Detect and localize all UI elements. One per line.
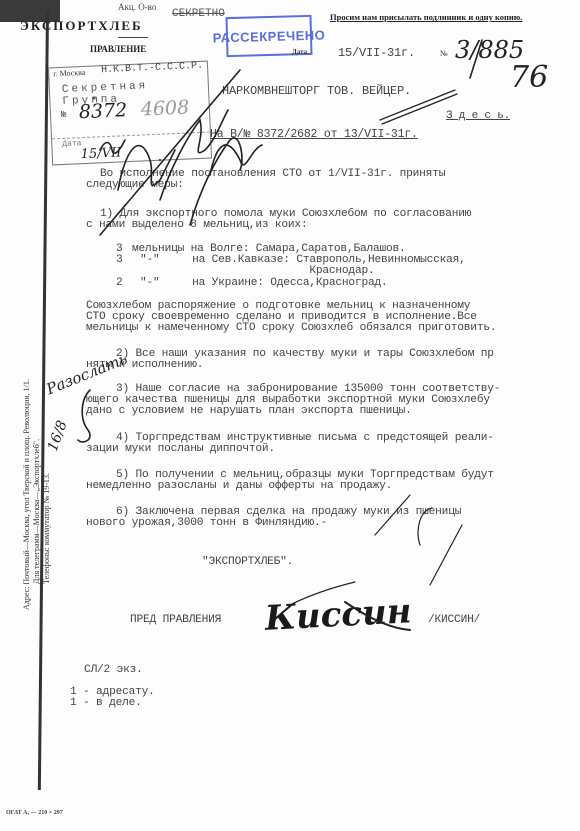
date-value: 15/VII-31г. xyxy=(338,46,415,60)
recipient: НАРКОМВНЕШТОРГ ТОВ. ВЕЙЦЕР. xyxy=(222,84,411,98)
address-line-1: Почтовый—Москва, угол Тверской и площ. Р… xyxy=(22,379,31,585)
item1-line-2: с нами выделено 8 мельниц,из коих: xyxy=(86,219,307,231)
item4-line-2: зации муки посланы диппочтой. xyxy=(86,443,275,455)
stamp-date: 15/VII xyxy=(80,145,121,162)
company-type: Акц. О-во xyxy=(118,2,156,12)
stamp-org: Н.К.В.Т.-С.С.С.Р. xyxy=(101,61,203,76)
company-name: ЭКСПОРТХЛЕБ xyxy=(20,18,143,34)
address-line-3: Телефоны: коммутатор № 19-13. xyxy=(42,550,52,610)
recipient-location: З д е с ь. xyxy=(446,110,510,122)
incoming-stamp: г. Москва Н.К.В.Т.-С.С.С.Р. Секретная Гр… xyxy=(48,61,212,166)
intro-line-2: следующие меры: xyxy=(86,179,184,191)
item6-line-2: нового урожая,3000 тонн в Финляндию.- xyxy=(86,517,327,529)
reference: На В/№ 8372/2682 от 13/VII-31г. xyxy=(210,128,418,141)
stamp-date-label: Дата xyxy=(62,139,82,149)
number-label: № xyxy=(440,49,448,58)
closing-org: "ЭКСПОРТХЛЕБ". xyxy=(202,556,293,568)
stamp-number-extra: 4608 xyxy=(140,96,189,120)
signatory-name: /КИССИН/ xyxy=(428,614,480,626)
stamp-number: 8372 xyxy=(78,99,127,123)
address-line-2: Для телеграмм—Москва—„Экспортхлеб". xyxy=(32,550,42,610)
stamp-number-label: № xyxy=(61,110,67,120)
copy-line-2: 1 - в деле. xyxy=(70,697,142,709)
item3-line-3: дано с условием не нарушать план экспорт… xyxy=(86,405,412,417)
mill-line-3: Краснодар. xyxy=(140,265,375,277)
signature: Киссин xyxy=(264,591,412,639)
board-label: ПРАВЛЕНИЕ xyxy=(90,44,146,54)
handwritten-number: 76 xyxy=(510,60,548,95)
item1-cont-3: мельницы к намеченному СТО сроку Союзхле… xyxy=(86,322,496,334)
mill-line-4: "-" на Украине: Одесса,Красноград. xyxy=(140,277,388,289)
address-label: Адрес: xyxy=(22,587,31,610)
mill-count-2: 3 xyxy=(116,254,123,266)
date-label: Дата xyxy=(292,48,307,56)
item5-line-2: немедленно разосланы и даны офферты на п… xyxy=(86,480,392,492)
divider xyxy=(118,37,148,38)
signatory-title: ПРЕД ПРАВЛЕНИЯ xyxy=(130,614,221,626)
print-mark: ОГАТ А₄ — 210 × 297 xyxy=(6,810,63,816)
request-note: Просим нам присылать подлинник и одну ко… xyxy=(330,12,522,22)
letterhead-address: Адрес: Почтовый—Москва, угол Тверской и … xyxy=(22,550,52,610)
scan-margin-line xyxy=(38,10,49,790)
secret-mark: СЕКРЕТНО xyxy=(172,8,225,20)
stamp-city: г. Москва xyxy=(53,68,86,78)
copies-label: СЛ/2 экз. xyxy=(84,664,143,676)
mill-count-4: 2 xyxy=(116,277,123,289)
margin-date: 16/8 xyxy=(45,418,71,453)
